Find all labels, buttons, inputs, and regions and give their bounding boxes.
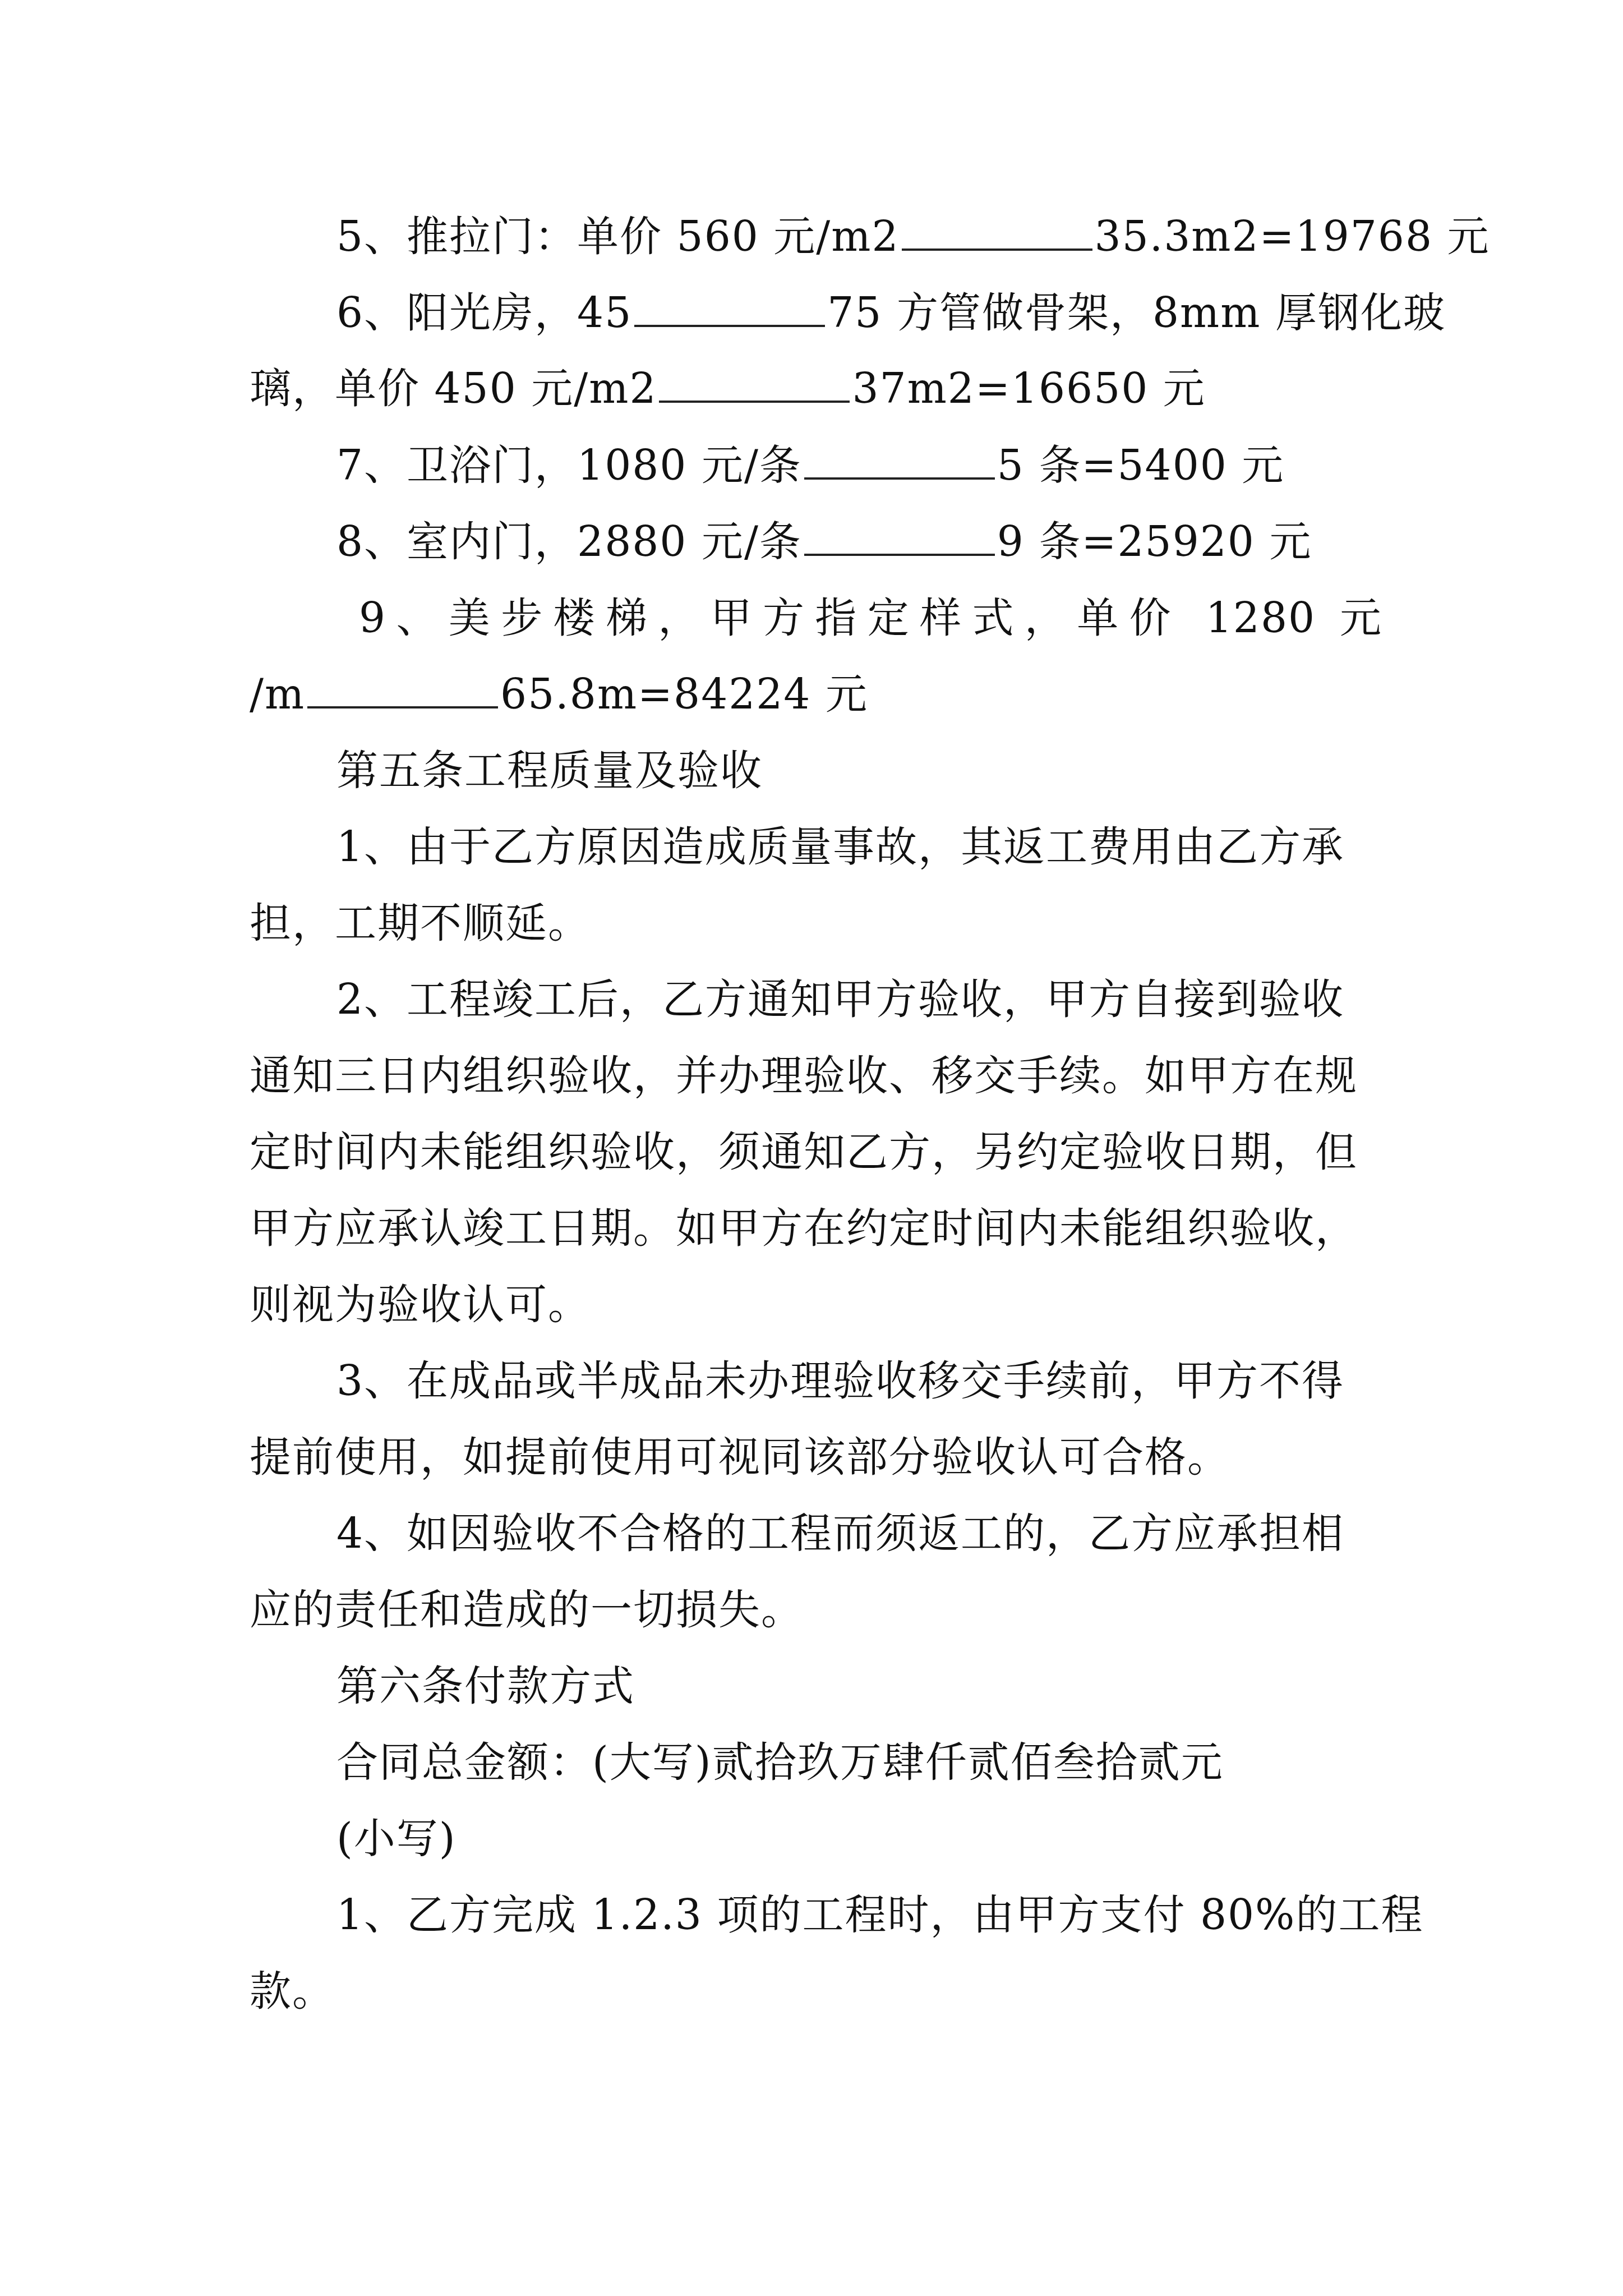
item-6-total: 37m2=16650 元	[852, 365, 1205, 413]
item-7-line: 7、卫浴门，1080 元/条5 条=5400 元	[336, 438, 1469, 494]
item-6-price: 璃，单价 450 元/m2	[250, 365, 657, 413]
fill-blank	[307, 669, 498, 708]
item-7-total: 5 条=5400 元	[997, 441, 1284, 490]
item-5-price: 5、推拉门：单价 560 元/m2	[336, 213, 900, 261]
section-5-heading: 第五条工程质量及验收	[336, 743, 1469, 799]
section-5-p2-l3: 定时间内未能组织验收，须通知乙方，另约定验收日期，但	[250, 1124, 1382, 1180]
item-9-unit: /m	[250, 670, 305, 719]
fill-blank	[634, 288, 825, 327]
section-5-p2-l5: 则视为验收认可。	[250, 1277, 1382, 1333]
section-5-p2-l2: 通知三日内组织验收，并办理验收、移交手续。如甲方在规	[250, 1048, 1382, 1104]
section-6-heading: 第六条付款方式	[336, 1658, 1469, 1714]
item-8-line: 8、室内门，2880 元/条9 条=25920 元	[336, 514, 1469, 570]
item-6-line-2: 璃，单价 450 元/m237m2=16650 元	[250, 361, 1382, 417]
item-6-desc: 6、阳光房，45	[336, 289, 632, 337]
contract-total-lower: (小写)	[336, 1811, 1469, 1867]
fill-blank	[659, 364, 850, 403]
item-9-line-2: /m65.8m=84224 元	[250, 666, 1382, 723]
fill-blank	[902, 211, 1092, 251]
item-9-total: 65.8m=84224 元	[500, 670, 868, 719]
section-5-p3-l1: 3、在成品或半成品未办理验收移交手续前，甲方不得	[336, 1353, 1469, 1409]
item-8-total: 9 条=25920 元	[997, 518, 1312, 566]
section-6-p1-l1: 1、乙方完成 1.2.3 项的工程时，由甲方支付 80%的工程	[336, 1887, 1469, 1943]
contract-total-upper: 合同总金额：(大写)贰拾玖万肆仟贰佰叁拾贰元	[336, 1734, 1469, 1791]
fill-blank	[804, 440, 995, 480]
section-5-p2-l1: 2、工程竣工后，乙方通知甲方验收，甲方自接到验收	[336, 972, 1469, 1028]
section-5-p1-l2: 担，工期不顺延。	[250, 895, 1382, 951]
item-9-line-1: 9、美步楼梯，甲方指定样式，单价 1280 元	[359, 590, 1382, 646]
item-5-total: 35.3m2=19768 元	[1095, 213, 1490, 261]
item-6-desc-cont: 75 方管做骨架，8mm 厚钢化玻	[827, 289, 1446, 337]
item-6-line-1: 6、阳光房，4575 方管做骨架，8mm 厚钢化玻	[336, 285, 1469, 341]
fill-blank	[804, 517, 995, 556]
section-5-p4-l1: 4、如因验收不合格的工程而须返工的，乙方应承担相	[336, 1506, 1469, 1562]
section-5-p4-l2: 应的责任和造成的一切损失。	[250, 1582, 1382, 1638]
item-8-price: 8、室内门，2880 元/条	[336, 518, 802, 566]
item-5-line: 5、推拉门：单价 560 元/m235.3m2=19768 元	[336, 209, 1469, 265]
section-5-p2-l4: 甲方应承认竣工日期。如甲方在约定时间内未能组织验收，	[250, 1200, 1382, 1257]
section-5-p3-l2: 提前使用，如提前使用可视同该部分验收认可合格。	[250, 1429, 1382, 1485]
section-6-p1-l2: 款。	[250, 1963, 1382, 2019]
document-page: 5、推拉门：单价 560 元/m235.3m2=19768 元 6、阳光房，45…	[0, 0, 1623, 2296]
item-7-price: 7、卫浴门，1080 元/条	[336, 441, 802, 490]
section-5-p1-l1: 1、由于乙方原因造成质量事故，其返工费用由乙方承	[336, 819, 1469, 875]
